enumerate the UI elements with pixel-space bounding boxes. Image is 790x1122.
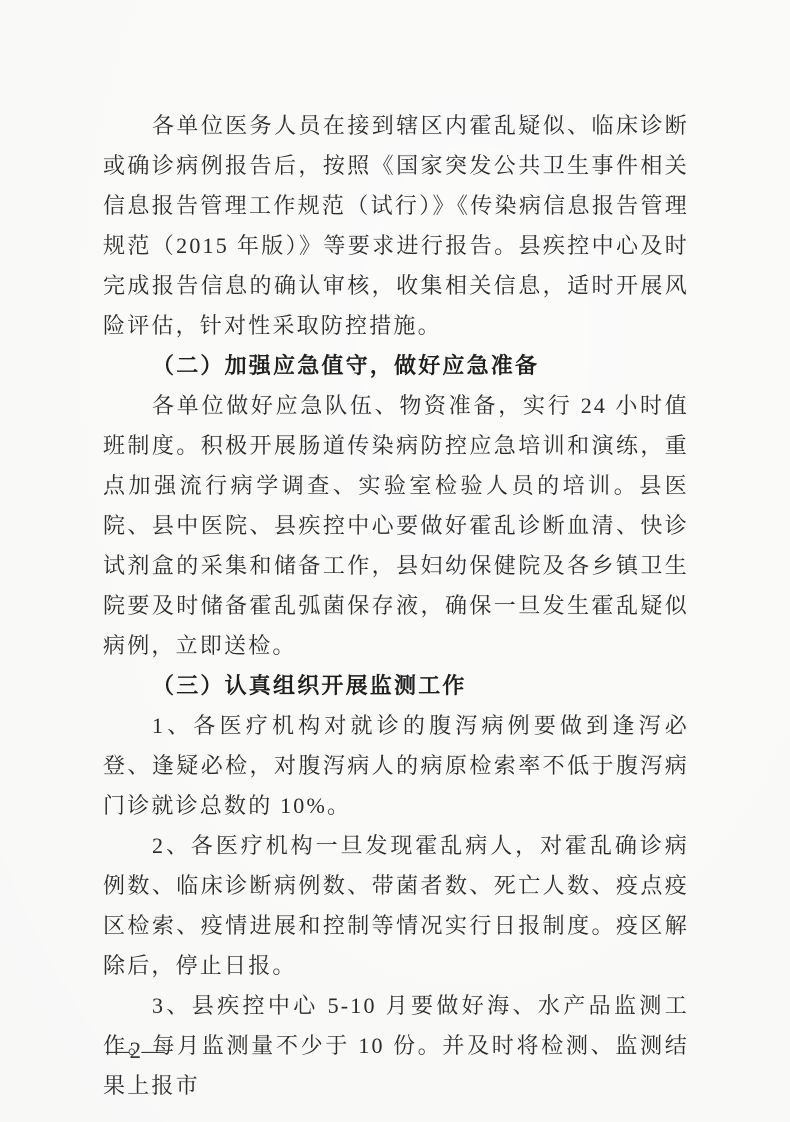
section-heading-3-monitoring-work: （三）认真组织开展监测工作: [103, 666, 689, 706]
document-body: 各单位医务人员在接到辖区内霍乱疑似、临床诊断或确诊病例报告后，按照《国家突发公共…: [103, 106, 689, 1106]
scanned-document-page: 各单位医务人员在接到辖区内霍乱疑似、临床诊断或确诊病例报告后，按照《国家突发公共…: [0, 0, 790, 1122]
monitoring-item-2-daily-report: 2、各医疗机构一旦发现霍乱病人，对霍乱确诊病例数、临床诊断病例数、带菌者数、死亡…: [103, 826, 689, 986]
paragraph-report-procedure: 各单位医务人员在接到辖区内霍乱疑似、临床诊断或确诊病例报告后，按照《国家突发公共…: [103, 106, 689, 346]
paragraph-emergency-preparation: 各单位做好应急队伍、物资准备，实行 24 小时值班制度。积极开展肠道传染病防控应…: [103, 386, 689, 666]
page-number: —2—: [106, 1036, 165, 1066]
monitoring-item-1-diarrhea-registration: 1、各医疗机构对就诊的腹泻病例要做到逢泻必登、逢疑必检，对腹泻病人的病原检索率不…: [103, 706, 689, 826]
monitoring-item-3-seafood-monitoring: 3、县疾控中心 5-10 月要做好海、水产品监测工作。每月监测量不少于 10 份…: [103, 986, 689, 1106]
section-heading-2-emergency-duty: （二）加强应急值守，做好应急准备: [103, 346, 689, 386]
